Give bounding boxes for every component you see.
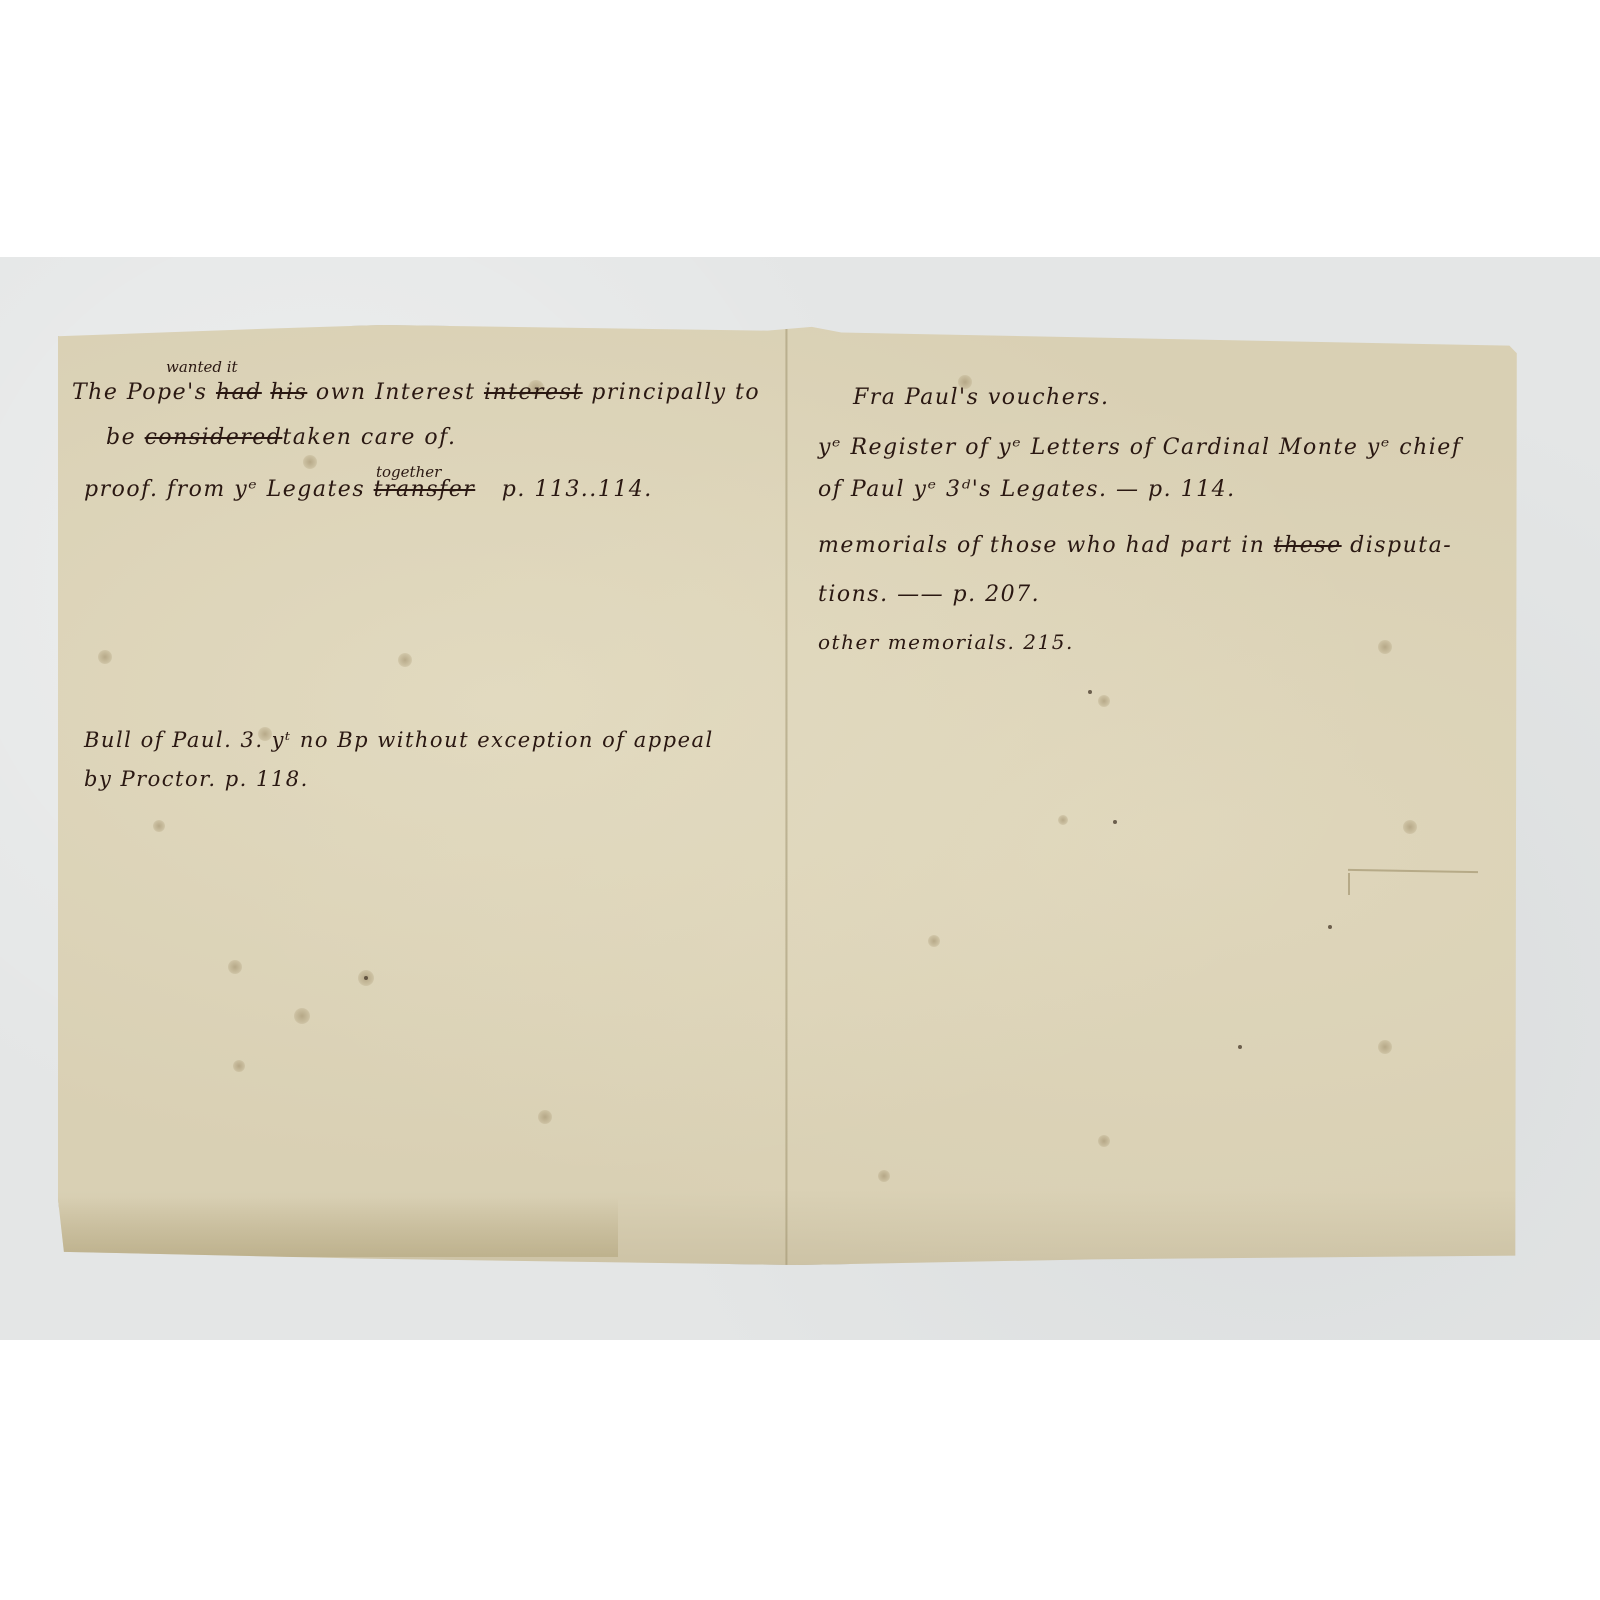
page-reference: p. 113..114. <box>502 477 653 502</box>
text-run: principally to <box>591 380 760 405</box>
interlinear-insert: wanted it <box>166 358 238 376</box>
paper-crease <box>1348 873 1350 895</box>
foxing-spot <box>878 1170 890 1182</box>
foxing-spot <box>538 1110 552 1124</box>
struck-word: transfer <box>374 477 476 502</box>
right-entry-2-line-2: tions. —— p. 207. <box>818 582 1040 607</box>
struck-word: his <box>270 380 307 405</box>
ink-speck <box>1328 925 1332 929</box>
struck-word: interest <box>484 380 583 405</box>
bottom-edge-stain <box>58 1197 618 1257</box>
struck-word: considered <box>145 425 283 450</box>
foxing-spot <box>233 1060 245 1072</box>
center-fold <box>785 325 788 1265</box>
foxing-spot <box>303 455 317 469</box>
text-run: disputa- <box>1350 533 1452 558</box>
foxing-spot <box>1098 1135 1110 1147</box>
paper-crease <box>1348 869 1478 873</box>
foxing-spot <box>398 653 412 667</box>
right-entry-1-line-1: yᵉ Register of yᵉ Letters of Cardinal Mo… <box>818 435 1461 460</box>
foxing-spot <box>98 650 112 664</box>
right-page-heading: Fra Paul's vouchers. <box>853 385 1110 410</box>
ink-speck <box>1088 690 1092 694</box>
text-run: own Interest <box>316 380 476 405</box>
ink-speck <box>1398 1435 1402 1439</box>
foxing-spot <box>1403 820 1417 834</box>
foxing-spot <box>928 935 940 947</box>
left-entry-1-line-1: The Pope's had his own Interest interest… <box>72 380 760 405</box>
left-entry-1-line-2: be consideredtaken care of. <box>106 425 456 450</box>
ink-speck <box>1238 1045 1242 1049</box>
ink-speck <box>1113 820 1117 824</box>
ink-speck <box>364 976 368 980</box>
text-run: be <box>106 425 136 450</box>
struck-word: these <box>1274 533 1342 558</box>
text-run: proof. from yᵉ Legates <box>84 477 365 502</box>
foxing-spot <box>228 960 242 974</box>
foxing-spot <box>1058 815 1068 825</box>
left-entry-2-line-1: Bull of Paul. 3. yᵗ no Bp without except… <box>84 728 714 752</box>
foxing-spot <box>294 1008 310 1024</box>
right-entry-2-line-1: memorials of those who had part in these… <box>818 533 1452 558</box>
struck-word: had <box>216 380 262 405</box>
right-entry-3-line-1: other memorials. 215. <box>818 630 1074 654</box>
text-run: memorials of those who had part in <box>818 533 1265 558</box>
foxing-spot <box>1378 640 1392 654</box>
foxing-spot <box>153 820 165 832</box>
foxing-spot <box>1098 695 1110 707</box>
right-entry-1-line-2: of Paul yᵉ 3ᵈ's Legates. — p. 114. <box>818 477 1236 502</box>
left-entry-2-line-2: by Proctor. p. 118. <box>84 767 309 791</box>
foxing-spot <box>1378 1040 1392 1054</box>
manuscript-sheet: wanted it The Pope's had his own Interes… <box>58 325 1536 1265</box>
text-run: The Pope's <box>72 380 207 405</box>
text-run: taken care of. <box>282 425 456 450</box>
left-entry-1-line-3: proof. from yᵉ Legates transfer p. 113..… <box>84 477 653 502</box>
